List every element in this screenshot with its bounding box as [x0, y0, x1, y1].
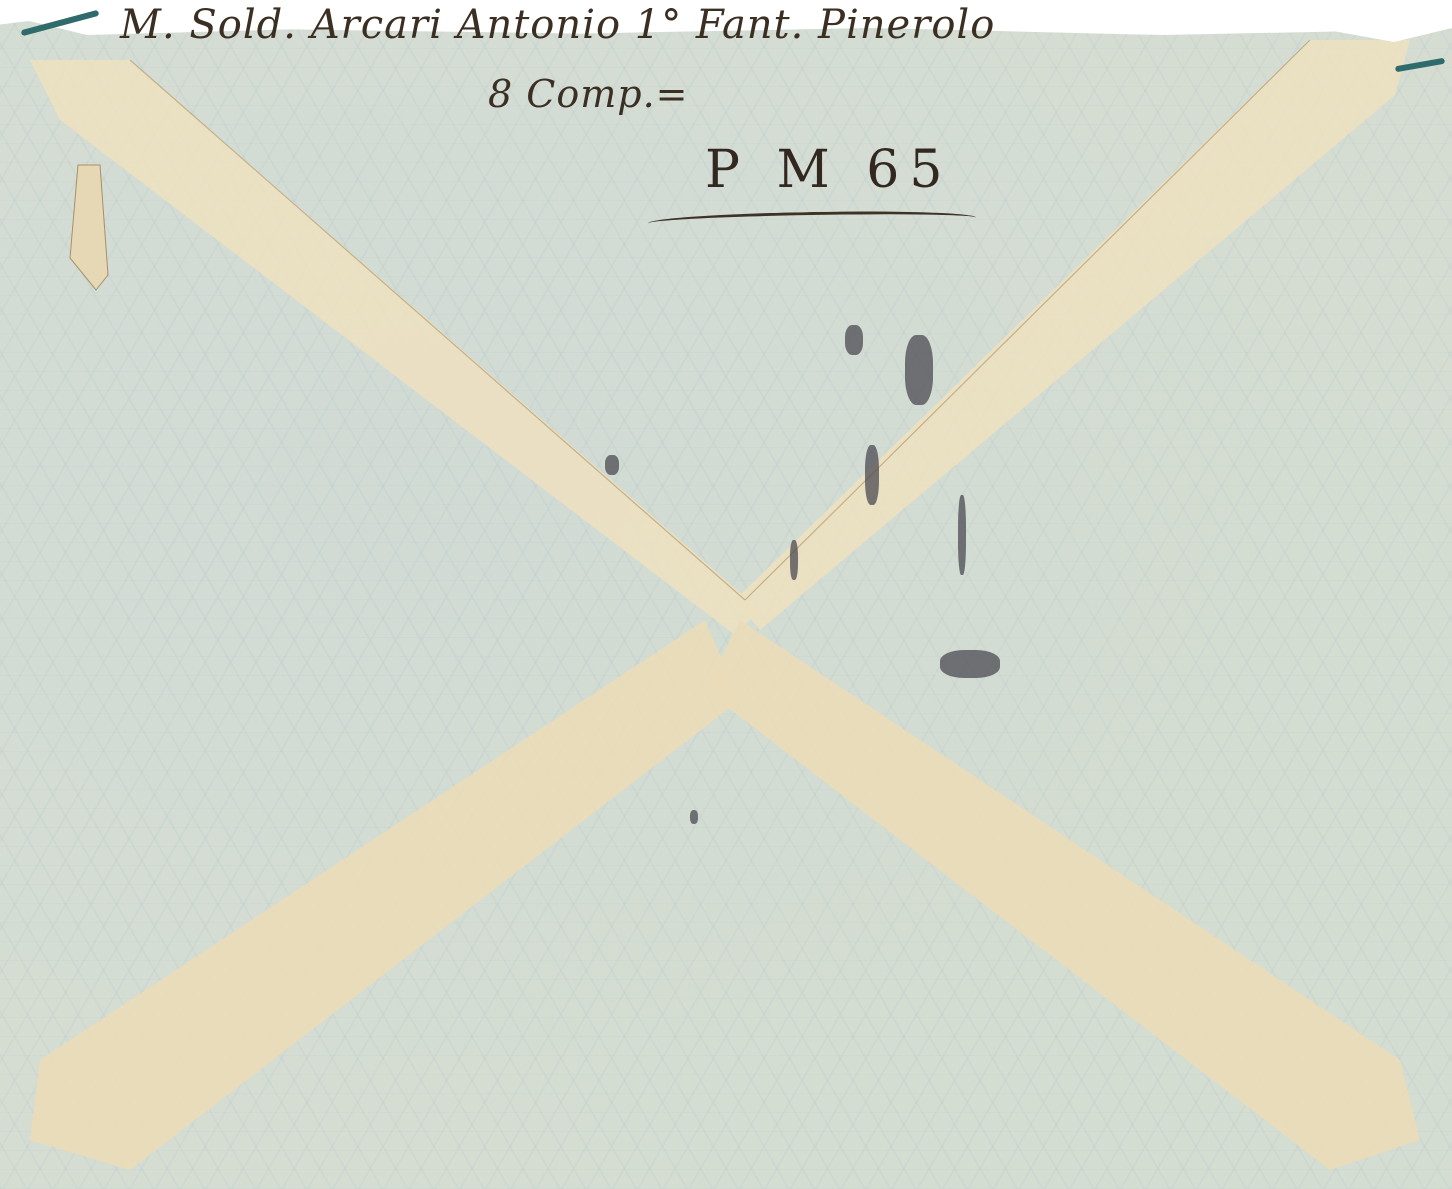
sender-address-line-2: 8 Comp.= [488, 72, 689, 116]
postal-code: P M 65 [705, 140, 952, 200]
bottom-right-flap-band [705, 620, 1420, 1170]
envelope-back: M. Sold. Arcari Antonio 1° Fant. Pinerol… [0, 0, 1452, 1189]
top-right-flap-band [735, 40, 1410, 630]
folded-tab [70, 165, 108, 290]
bottom-left-flap-band [30, 620, 740, 1170]
sender-address-line-1: M. Sold. Arcari Antonio 1° Fant. Pinerol… [120, 2, 995, 48]
top-left-flap-band [30, 60, 760, 635]
